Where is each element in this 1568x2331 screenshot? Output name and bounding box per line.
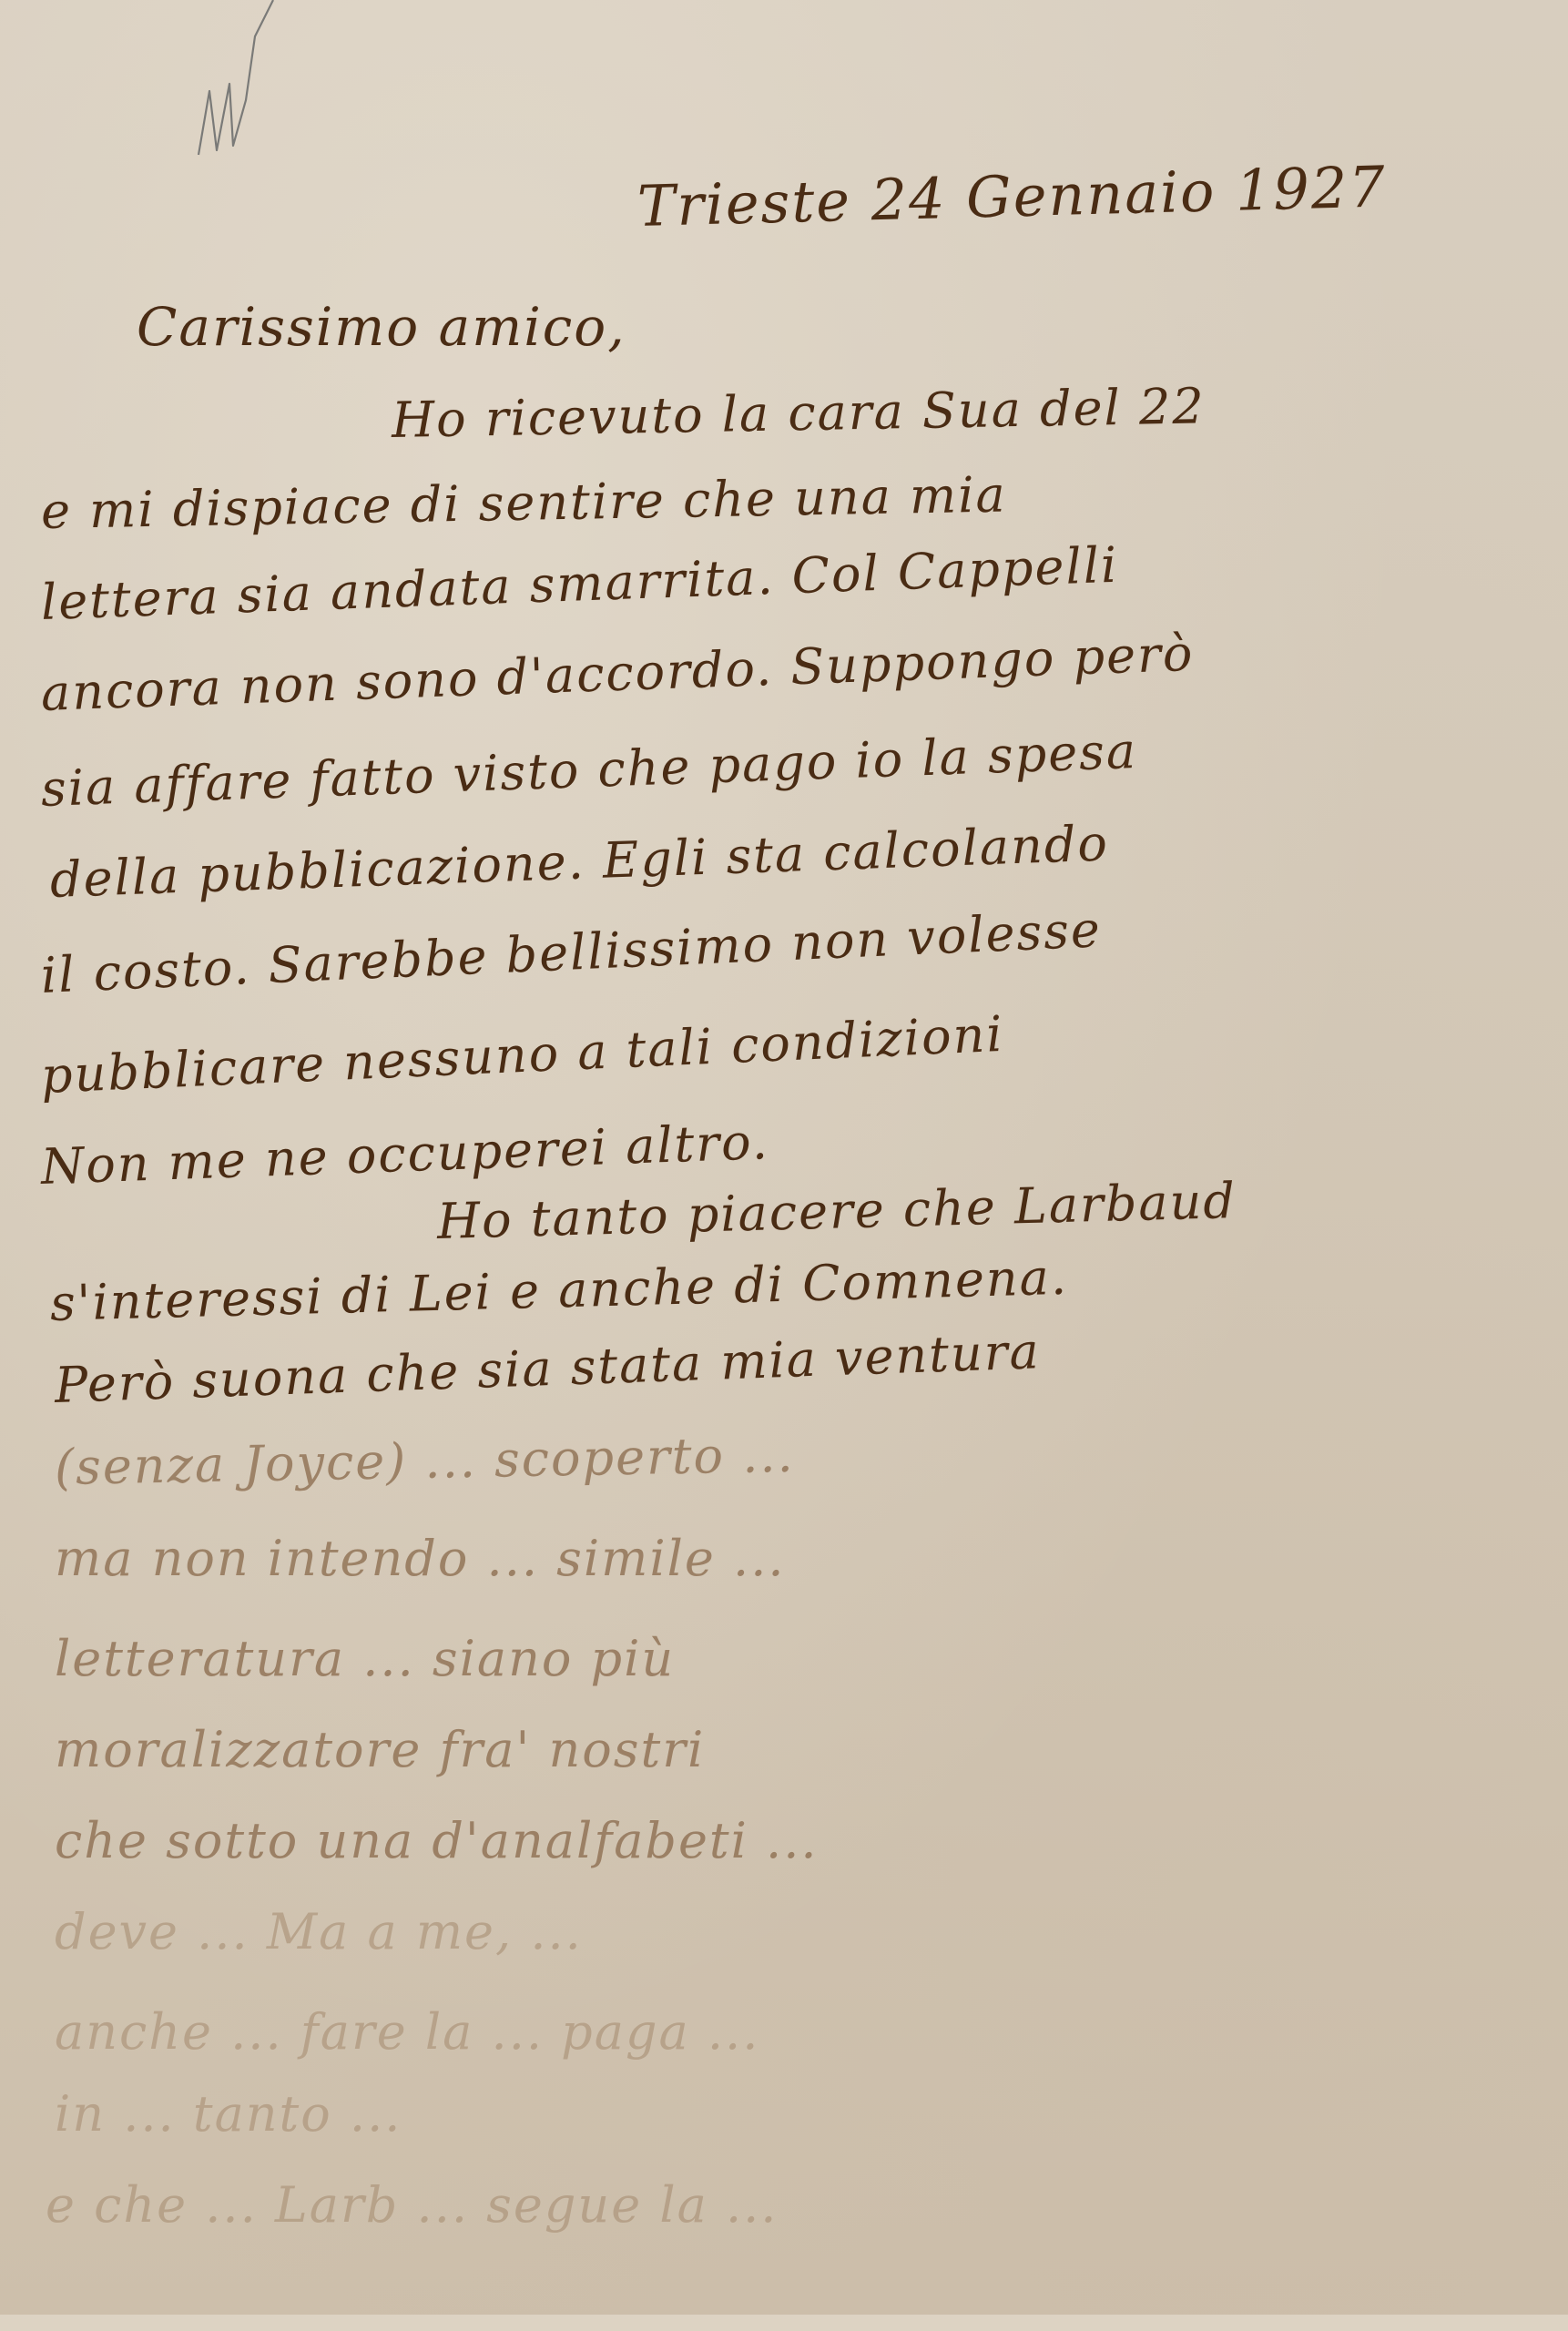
letter-line-3: lettera sia andata smarrita. Col Cappell… [40,536,1119,631]
letter-page: Trieste 24 Gennaio 1927 Carissimo amico,… [0,0,1568,2315]
letter-line-16: moralizzatore fra' nostri [55,1721,705,1778]
page-bottom-edge [0,2315,1568,2331]
letter-salutation: Carissimo amico, [137,296,626,358]
letter-line-9: Non me ne occuperei altro. [40,1113,770,1196]
letter-line-12: Però suona che sia stata mia ventura [54,1322,1042,1414]
letter-line-8: pubblicare nessuno a tali condizioni [40,1005,1005,1104]
letter-line-18: deve ... Ma a me, ... [55,1903,583,1960]
letter-line-5: sia affare fatto visto che pago io la sp… [40,722,1138,818]
letter-line-20: in ... tanto ... [55,2085,402,2143]
letter-dateline: Trieste 24 Gennaio 1927 [636,153,1388,239]
letter-line-17: che sotto una d'analfabeti ... [55,1812,819,1869]
letter-line-21: e che ... Larb ... segue la ... [46,2176,778,2234]
pencil-annotation-mark [182,0,364,164]
letter-line-4: ancora non sono d'accordo. Suppongo però [40,625,1195,722]
letter-line-10: Ho tanto piacere che Larbaud [436,1172,1237,1250]
letter-line-13: (senza Joyce) ... scoperto ... [54,1426,795,1496]
letter-line-11: s'interessi di Lei e anche di Comnena. [49,1248,1069,1332]
letter-line-15: letteratura ... siano più [55,1630,675,1687]
letter-line-14: ma non intendo ... simile ... [55,1530,786,1587]
letter-line-6: della pubblicazione. Egli sta calcolando [49,814,1110,909]
letter-line-1: Ho ricevuto la cara Sua del 22 [391,377,1206,449]
letter-line-7: il costo. Sarebbe bellissimo non volesse [40,901,1103,1004]
letter-line-2: e mi dispiace di sentire che una mia [40,465,1007,540]
letter-line-19: anche ... fare la ... paga ... [55,2003,759,2061]
